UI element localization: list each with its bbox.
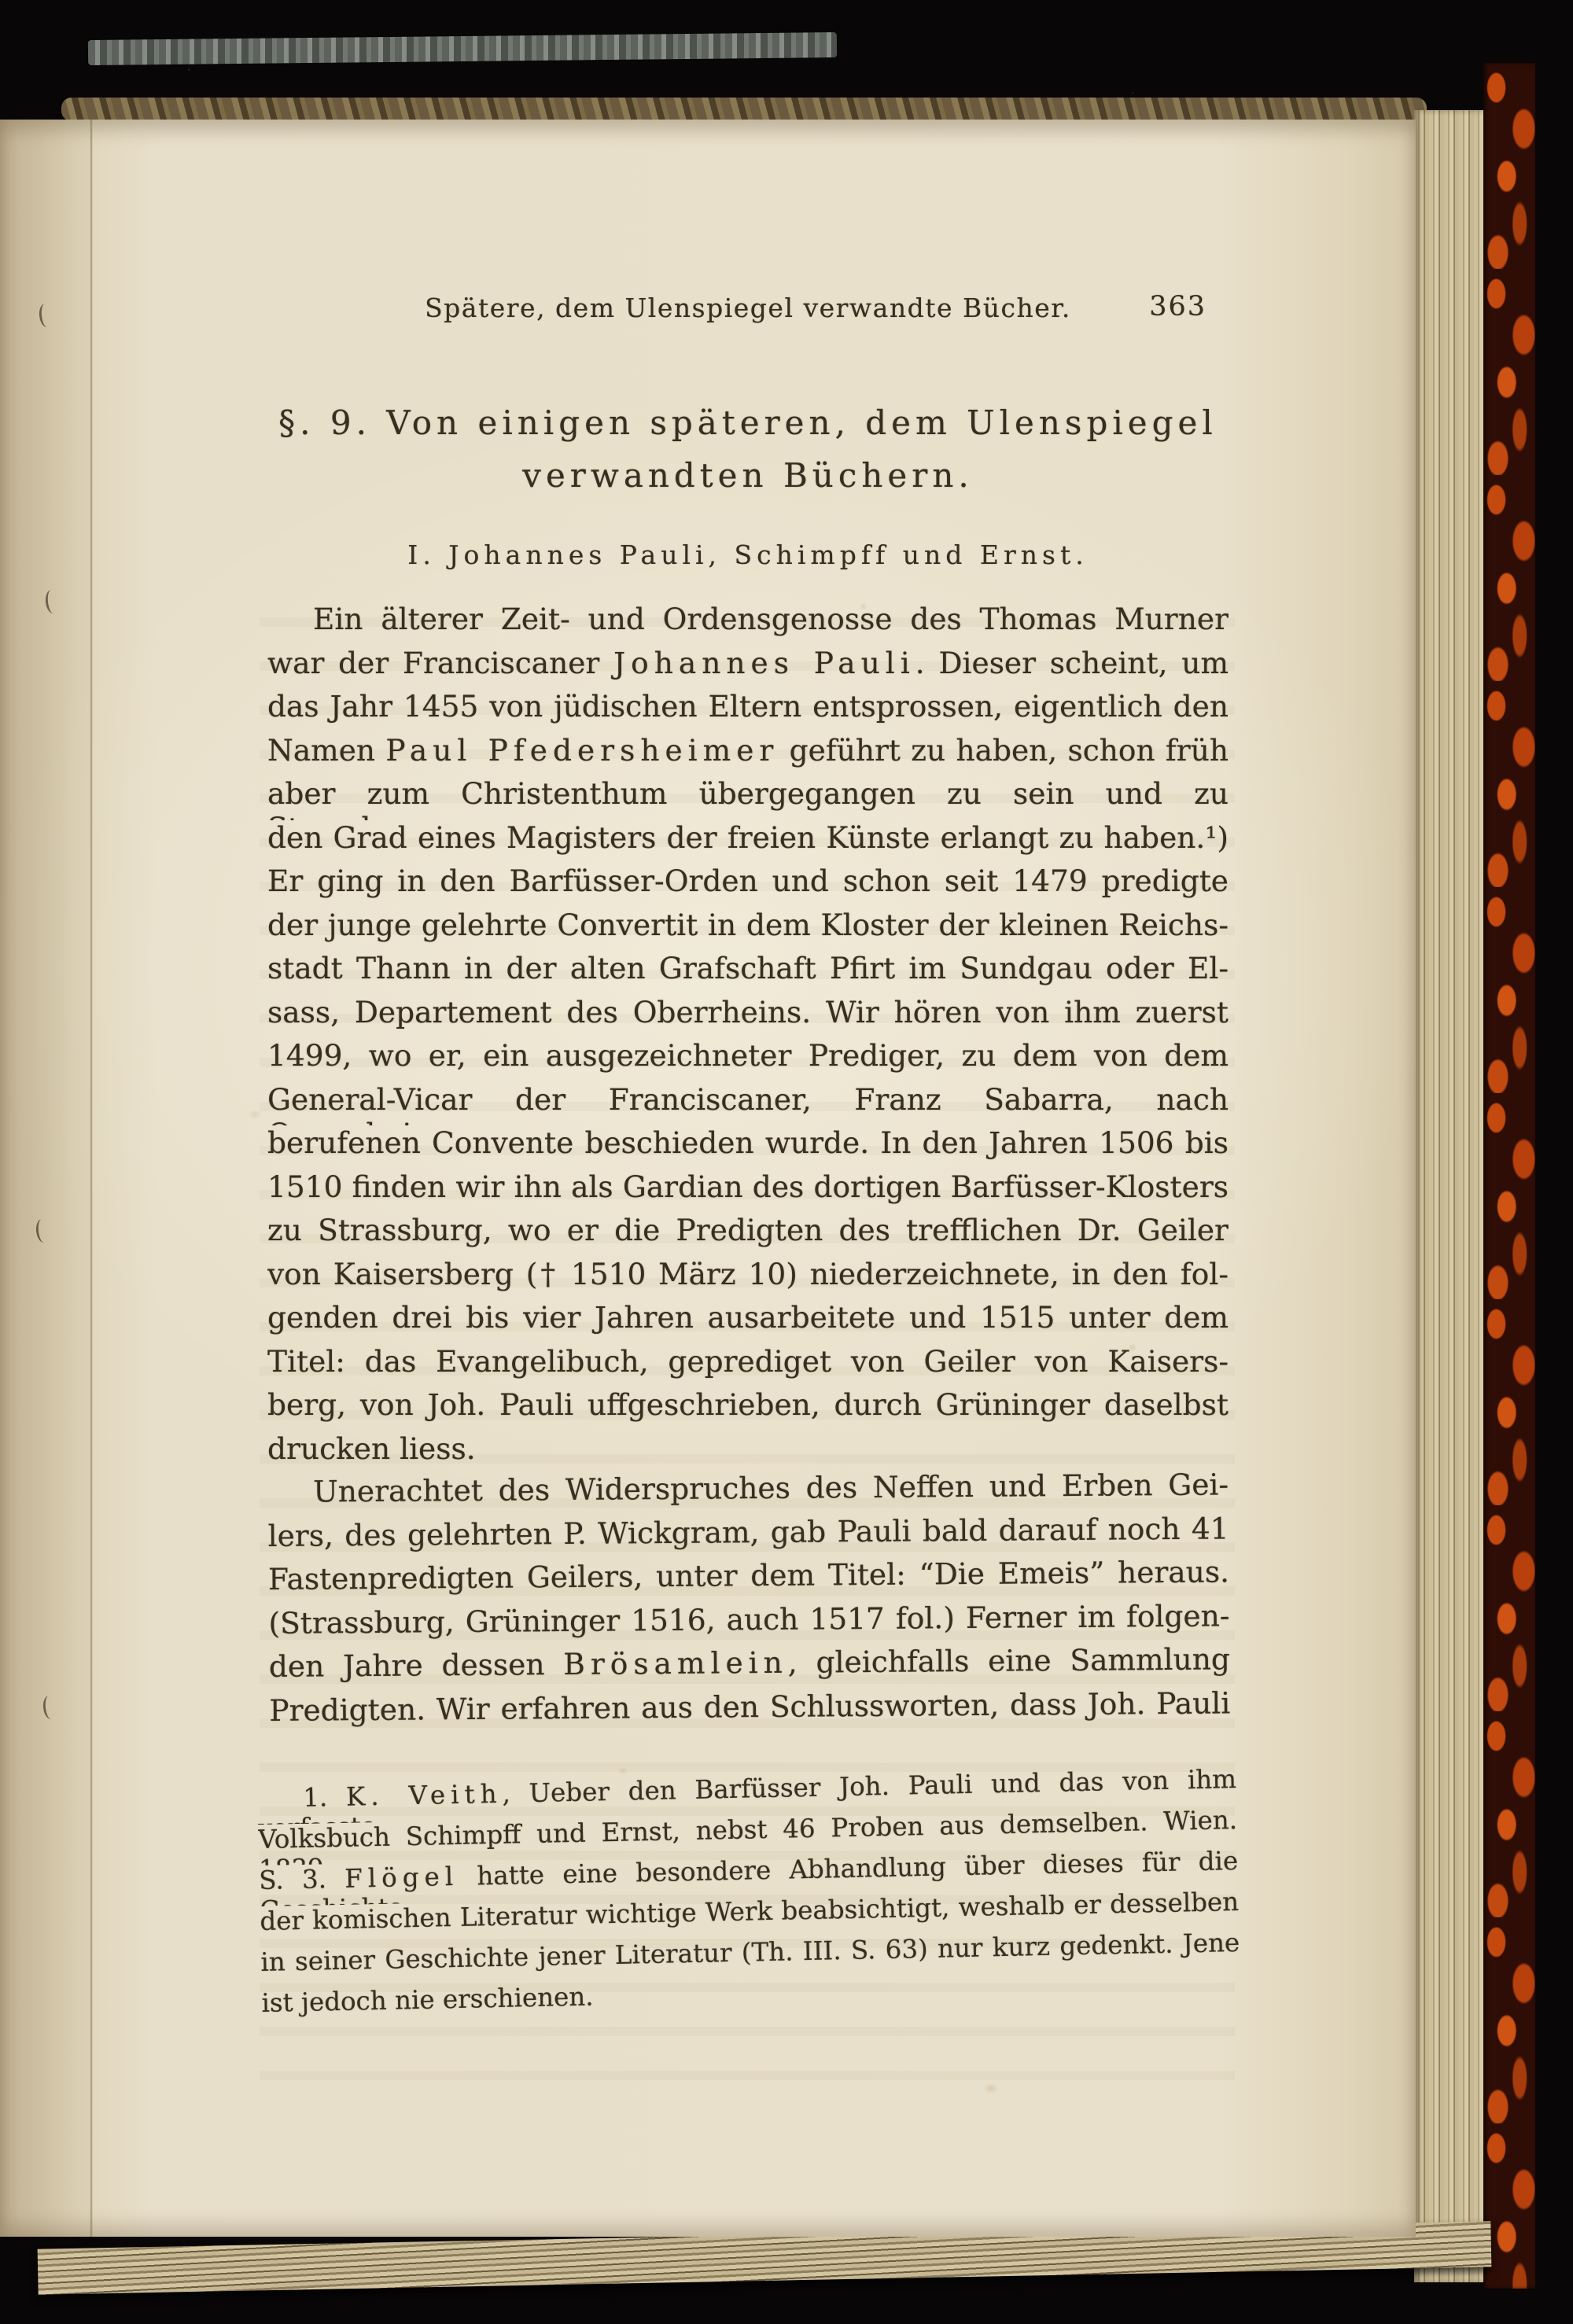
text-line: den Grad eines Magisters der freien Küns… bbox=[267, 820, 1229, 864]
emphasized-name: Brösamlein bbox=[563, 1645, 788, 1681]
text-segment: Ein älterer Zeit- und Ordensgenosse des … bbox=[313, 602, 1229, 636]
text-segment: aber zum Christenthum übergegangen zu se… bbox=[267, 776, 1229, 820]
text-segment: sass, Departement des Oberrheins. Wir hö… bbox=[267, 995, 1229, 1029]
text-line: stadt Thann in der alten Grafschaft Pfir… bbox=[267, 951, 1229, 995]
text-line: 1510 finden wir ihn als Gardian des dort… bbox=[267, 1169, 1229, 1214]
text-line: war der Franciscaner Johannes Pauli. Die… bbox=[267, 646, 1229, 690]
running-header-title: Spätere, dem Ulenspiegel verwandte Büche… bbox=[425, 293, 1071, 323]
text-line: von Kaisersberg († 1510 März 10) niederz… bbox=[267, 1257, 1229, 1301]
text-line: zu Strassburg, wo er die Predigten des t… bbox=[267, 1213, 1229, 1257]
text-line: genden drei bis vier Jahren ausarbeitete… bbox=[267, 1300, 1229, 1344]
text-line: das Jahr 1455 von jüdischen Eltern entsp… bbox=[267, 689, 1229, 733]
text-segment: Namen bbox=[267, 733, 385, 768]
text-segment: den Grad eines Magisters der freien Küns… bbox=[267, 820, 1229, 855]
text-line: Titel: das Evangelibuch, geprediget von … bbox=[267, 1344, 1229, 1388]
text-line: den Jahre dessen Brösamlein, gleichfalls… bbox=[269, 1641, 1230, 1692]
text-line: berufenen Convente beschieden wurde. In … bbox=[267, 1125, 1229, 1169]
text-segment: ist jedoch nie erschienen. bbox=[261, 1982, 594, 2018]
gutter-shadow bbox=[0, 120, 90, 2237]
paragraph: Ein älterer Zeit- und Ordensgenosse des … bbox=[267, 602, 1229, 1475]
text-line: Unerachtet des Widerspruches des Neffen … bbox=[267, 1467, 1229, 1518]
text-segment: stadt Thann in der alten Grafschaft Pfir… bbox=[267, 951, 1229, 985]
text-segment: Predigten. Wir erfahren aus den Schlussw… bbox=[269, 1685, 1230, 1728]
text-segment: 1. bbox=[303, 1782, 347, 1813]
text-segment: 1499, wo er, ein ausgezeichneter Predige… bbox=[267, 1038, 1229, 1073]
subheading: I. Johannes Pauli, Schimpff und Ernst. bbox=[267, 540, 1229, 570]
section-heading-line1: §. 9. Von einigen späteren, dem Ulenspie… bbox=[267, 396, 1229, 449]
text-segment: Fastenpredigten Geilers, unter dem Titel… bbox=[268, 1554, 1229, 1597]
text-segment: war der Franciscaner bbox=[267, 646, 613, 680]
text-line: Predigten. Wir erfahren aus den Schlussw… bbox=[269, 1685, 1230, 1737]
text-segment: das Jahr 1455 von jüdischen Eltern entsp… bbox=[267, 689, 1229, 724]
text-segment: lers, des gelehrten P. Wickgram, gab Pau… bbox=[267, 1511, 1229, 1553]
text-segment: drucken liess. bbox=[267, 1431, 476, 1466]
emphasized-name: Flögel bbox=[344, 1862, 459, 1894]
paragraph: 1. K. Veith, Ueber den Barfüsser Joh. Pa… bbox=[257, 1764, 1241, 2029]
marbled-cover-edge bbox=[1483, 63, 1535, 2289]
book-page: Spätere, dem Ulenspiegel verwandte Büche… bbox=[0, 120, 1416, 2237]
text-line: Fastenpredigten Geilers, unter dem Titel… bbox=[268, 1554, 1229, 1605]
text-segment: Titel: das Evangelibuch, geprediget von … bbox=[267, 1344, 1229, 1379]
text-line: General-Vicar der Franciscaner, Franz Sa… bbox=[267, 1082, 1229, 1126]
page-edges-right bbox=[1414, 110, 1483, 2282]
emphasized-name: K. Veith bbox=[346, 1779, 503, 1812]
book-headband bbox=[61, 98, 1427, 121]
book-scan: Spätere, dem Ulenspiegel verwandte Büche… bbox=[0, 0, 1573, 2324]
page-number: 363 bbox=[1149, 291, 1206, 322]
text-segment: General-Vicar der Franciscaner, Franz Sa… bbox=[267, 1082, 1229, 1126]
section-heading: §. 9. Von einigen späteren, dem Ulenspie… bbox=[267, 396, 1229, 502]
text-segment: berufenen Convente beschieden wurde. In … bbox=[267, 1125, 1229, 1160]
text-line: lers, des gelehrten P. Wickgram, gab Pau… bbox=[267, 1511, 1229, 1562]
text-line: der junge gelehrte Convertit in dem Klos… bbox=[267, 908, 1229, 952]
text-segment: S. 3. bbox=[259, 1864, 345, 1895]
paragraph: Unerachtet des Widerspruches des Neffen … bbox=[267, 1467, 1231, 1737]
text-segment: den Jahre dessen bbox=[269, 1647, 564, 1684]
text-line: aber zum Christenthum übergegangen zu se… bbox=[267, 776, 1229, 820]
text-segment: genden drei bis vier Jahren ausarbeitete… bbox=[267, 1300, 1229, 1335]
footnote: 1. K. Veith, Ueber den Barfüsser Joh. Pa… bbox=[257, 1764, 1241, 2029]
section-heading-line2: verwandten Büchern. bbox=[267, 449, 1229, 502]
page-crease bbox=[90, 120, 93, 2237]
text-segment: . Dieser scheint, um bbox=[915, 646, 1229, 680]
text-segment: Unerachtet des Widerspruches des Neffen … bbox=[313, 1467, 1229, 1508]
text-segment: zu Strassburg, wo er die Predigten des t… bbox=[267, 1213, 1229, 1247]
text-line: Er ging in den Barfüsser-Orden und schon… bbox=[267, 864, 1229, 908]
text-line: berg, von Joh. Pauli uffgeschrieben, dur… bbox=[267, 1387, 1229, 1431]
text-segment: berg, von Joh. Pauli uffgeschrieben, dur… bbox=[267, 1387, 1229, 1422]
text-line: Namen Paul Pfedersheimer geführt zu habe… bbox=[267, 733, 1229, 777]
text-line: sass, Departement des Oberrheins. Wir hö… bbox=[267, 995, 1229, 1039]
body-text: Ein älterer Zeit- und Ordensgenosse des … bbox=[267, 602, 1229, 1737]
text-line: (Strassburg, Grüninger 1516, auch 1517 f… bbox=[268, 1598, 1229, 1649]
running-header: Spätere, dem Ulenspiegel verwandte Büche… bbox=[267, 293, 1229, 327]
text-segment: von Kaisersberg († 1510 März 10) niederz… bbox=[267, 1257, 1229, 1291]
text-segment: (Strassburg, Grüninger 1516, auch 1517 f… bbox=[268, 1598, 1229, 1641]
text-line: 1499, wo er, ein ausgezeichneter Predige… bbox=[267, 1038, 1229, 1082]
text-line: Ein älterer Zeit- und Ordensgenosse des … bbox=[267, 602, 1229, 646]
text-segment: der junge gelehrte Convertit in dem Klos… bbox=[267, 908, 1229, 942]
text-segment: geführt zu haben, schon früh bbox=[779, 733, 1229, 768]
emphasized-name: Johannes Pauli bbox=[613, 646, 915, 680]
text-segment: Er ging in den Barfüsser-Orden und schon… bbox=[267, 864, 1229, 898]
text-segment: 1510 finden wir ihn als Gardian des dort… bbox=[267, 1169, 1229, 1204]
emphasized-name: Paul Pfedersheimer bbox=[385, 733, 779, 768]
